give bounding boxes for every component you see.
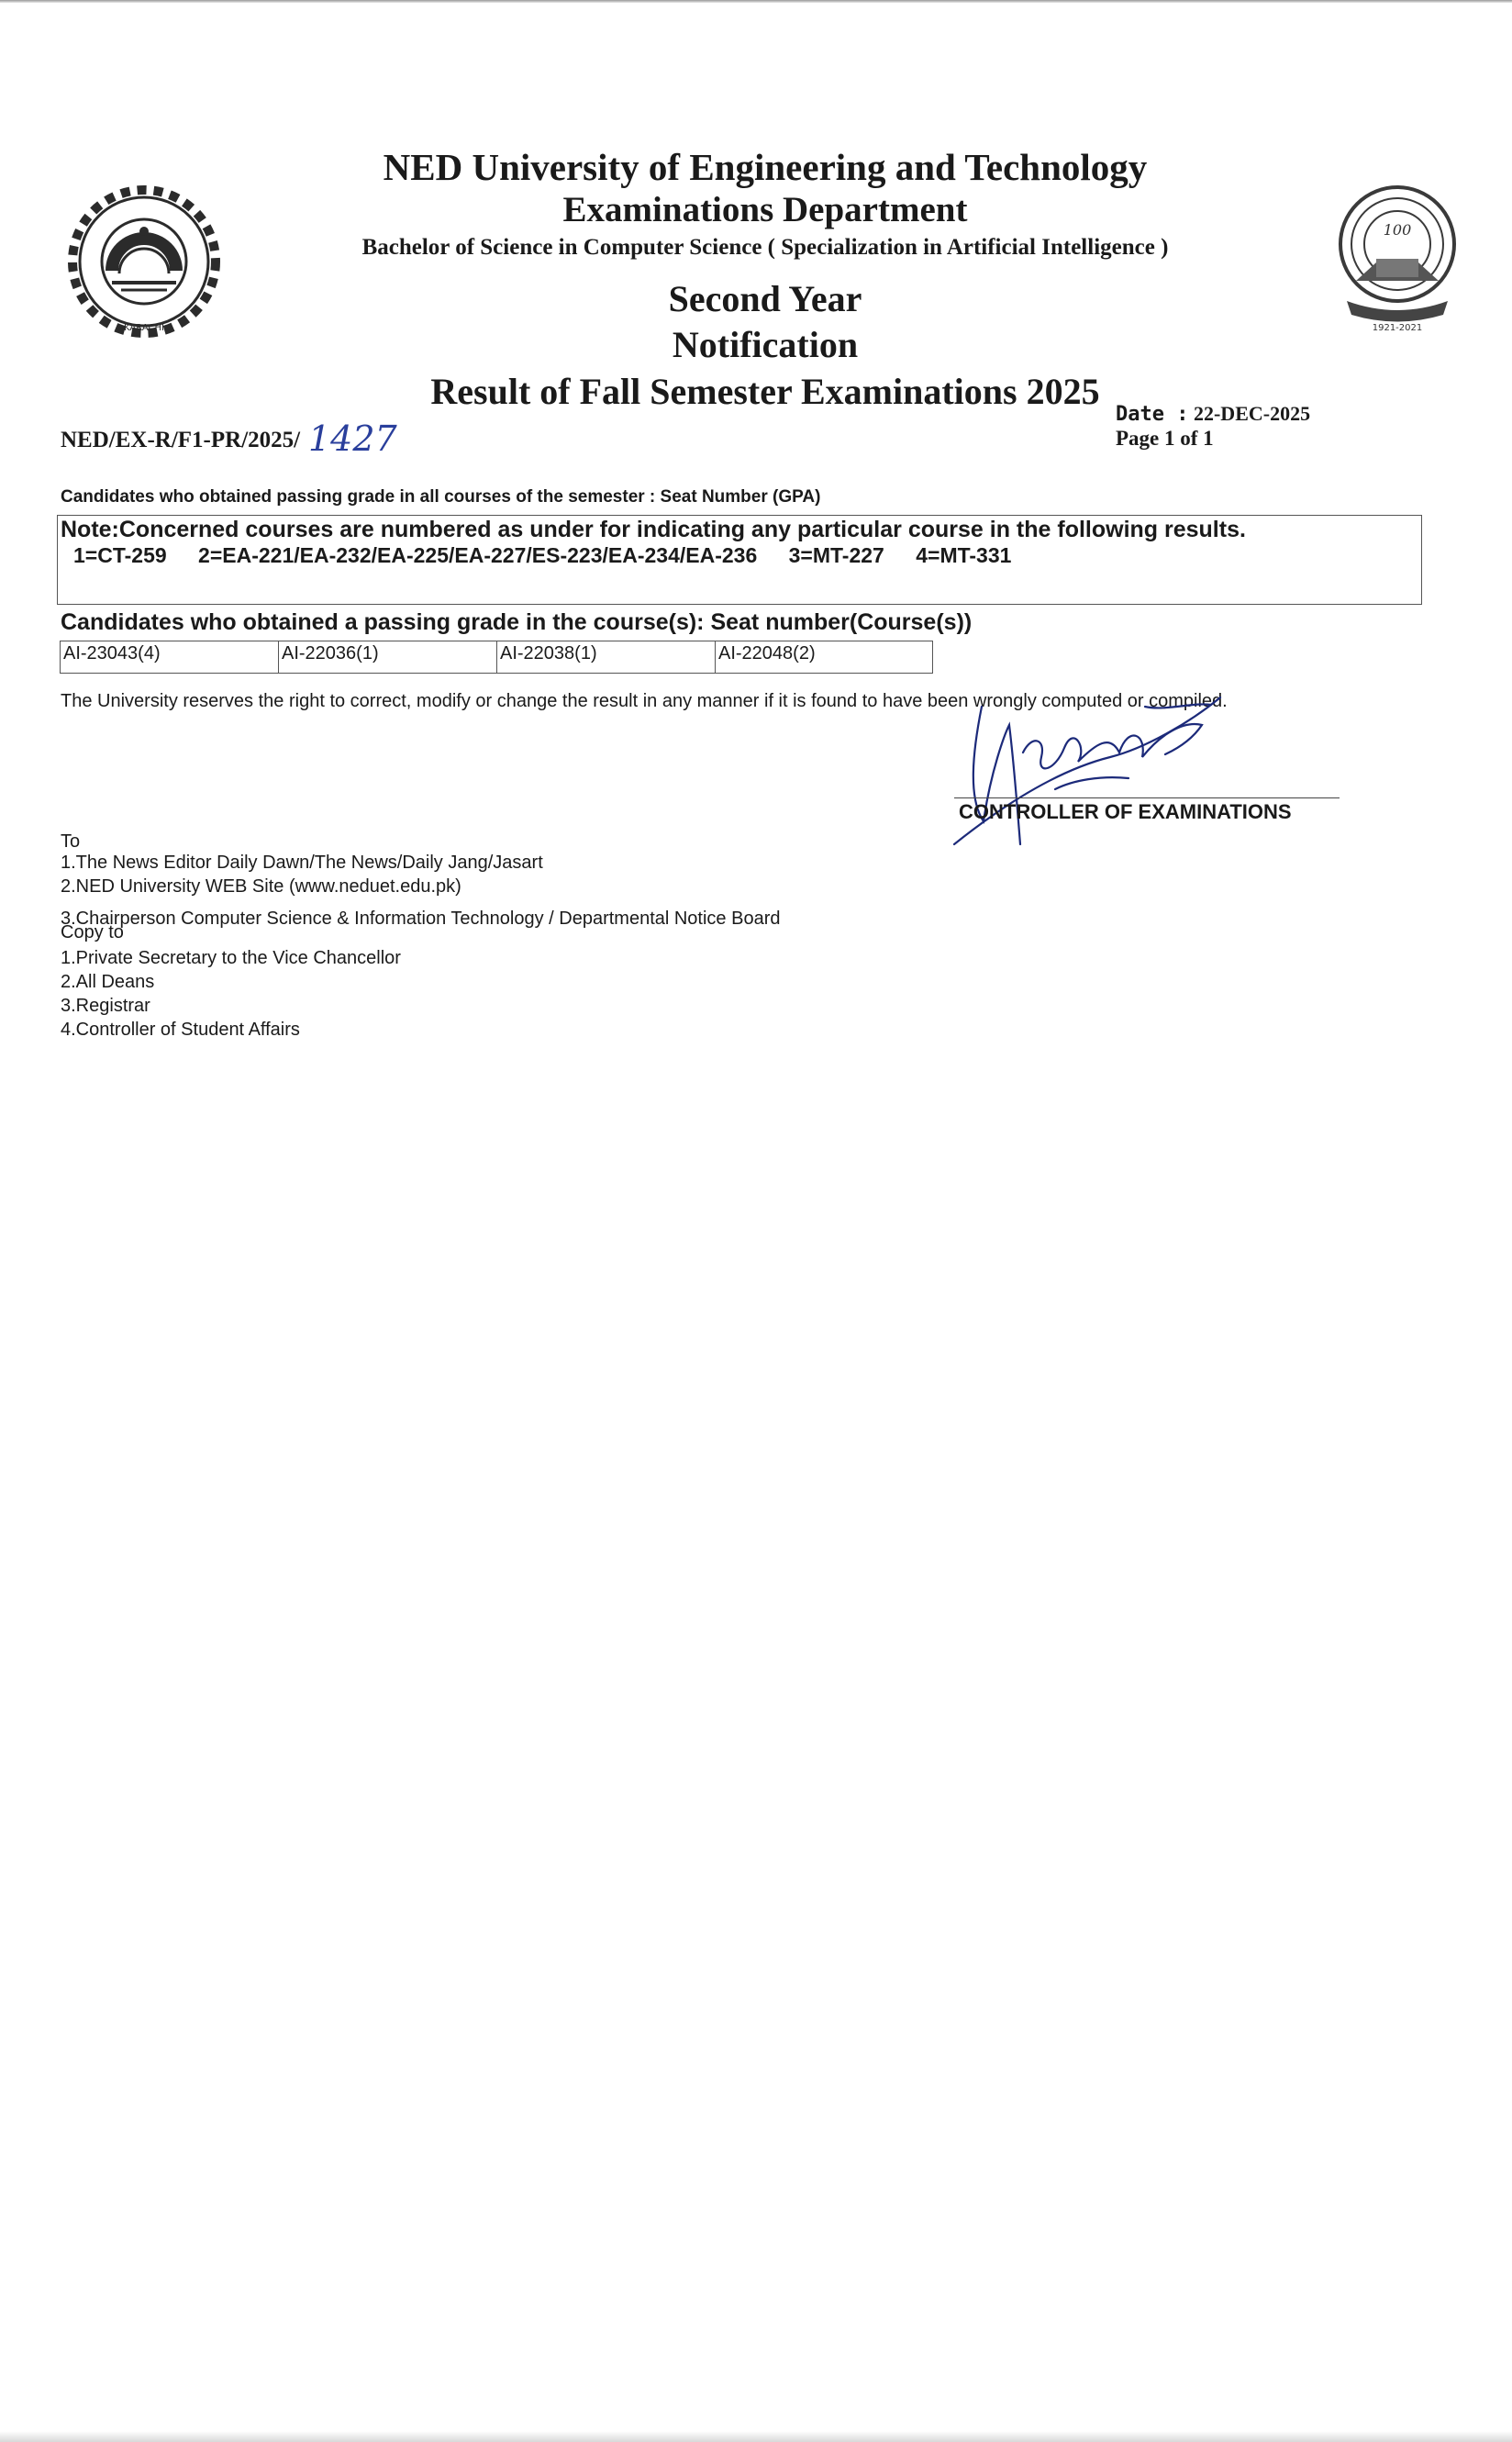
page-scan-edge-top [0, 0, 1512, 3]
issue-date: Date : 22-DEC-2025 [1116, 402, 1310, 426]
copy-to-item: 4.Controller of Student Affairs [61, 1020, 300, 1041]
copy-to-item: 2.All Deans [61, 972, 154, 993]
controller-signature [917, 670, 1284, 886]
signature-line [954, 797, 1340, 798]
course-pass-table: AI-23043(4) AI-22036(1) AI-22038(1) AI-2… [60, 641, 933, 674]
reference-handwritten-number: 1427 [308, 418, 397, 459]
page-scan-edge-bottom [0, 2431, 1512, 2442]
document-type: Notification [0, 323, 1512, 366]
course-key-3: 3=MT-227 [789, 543, 884, 567]
course-key-1: 1=CT-259 [73, 543, 167, 567]
reference-number: NED/EX-R/F1-PR/2025/ [61, 428, 300, 453]
distribution-item: 3.Chairperson Computer Science & Informa… [61, 909, 780, 930]
year-title: Second Year [0, 277, 1512, 320]
seat-number-cell: AI-22048(2) [715, 641, 933, 674]
distribution-item: 2.NED University WEB Site (www.neduet.ed… [61, 876, 461, 898]
course-note-heading: Note:Concerned courses are numbered as u… [61, 517, 1246, 543]
page-number: Page 1 of 1 [1116, 427, 1214, 451]
copy-to-item: 3.Registrar [61, 996, 150, 1017]
course-key-4: 4=MT-331 [916, 543, 1011, 567]
date-label: Date : [1116, 403, 1188, 426]
copy-to-label: Copy to [61, 922, 124, 943]
distribution-to-label: To [61, 831, 80, 853]
all-courses-pass-heading: Candidates who obtained passing grade in… [61, 487, 820, 507]
signatory-title: CONTROLLER OF EXAMINATIONS [959, 800, 1292, 824]
seat-number-cell: AI-22036(1) [278, 641, 496, 674]
distribution-item: 1.The News Editor Daily Dawn/The News/Da… [61, 853, 543, 874]
seat-number-cell: AI-22038(1) [496, 641, 715, 674]
university-name: NED University of Engineering and Techno… [0, 145, 1512, 189]
department-name: Examinations Department [0, 189, 1512, 230]
course-numbering-list: 1=CT-259 2=EA-221/EA-232/EA-225/EA-227/E… [73, 543, 1035, 568]
course-pass-heading: Candidates who obtained a passing grade … [61, 609, 972, 636]
date-value: 22-DEC-2025 [1194, 402, 1310, 425]
copy-to-item: 1.Private Secretary to the Vice Chancell… [61, 948, 401, 969]
program-name: Bachelor of Science in Computer Science … [0, 235, 1512, 261]
seat-number-cell: AI-23043(4) [60, 641, 278, 674]
course-key-2: 2=EA-221/EA-232/EA-225/EA-227/ES-223/EA-… [198, 543, 757, 567]
